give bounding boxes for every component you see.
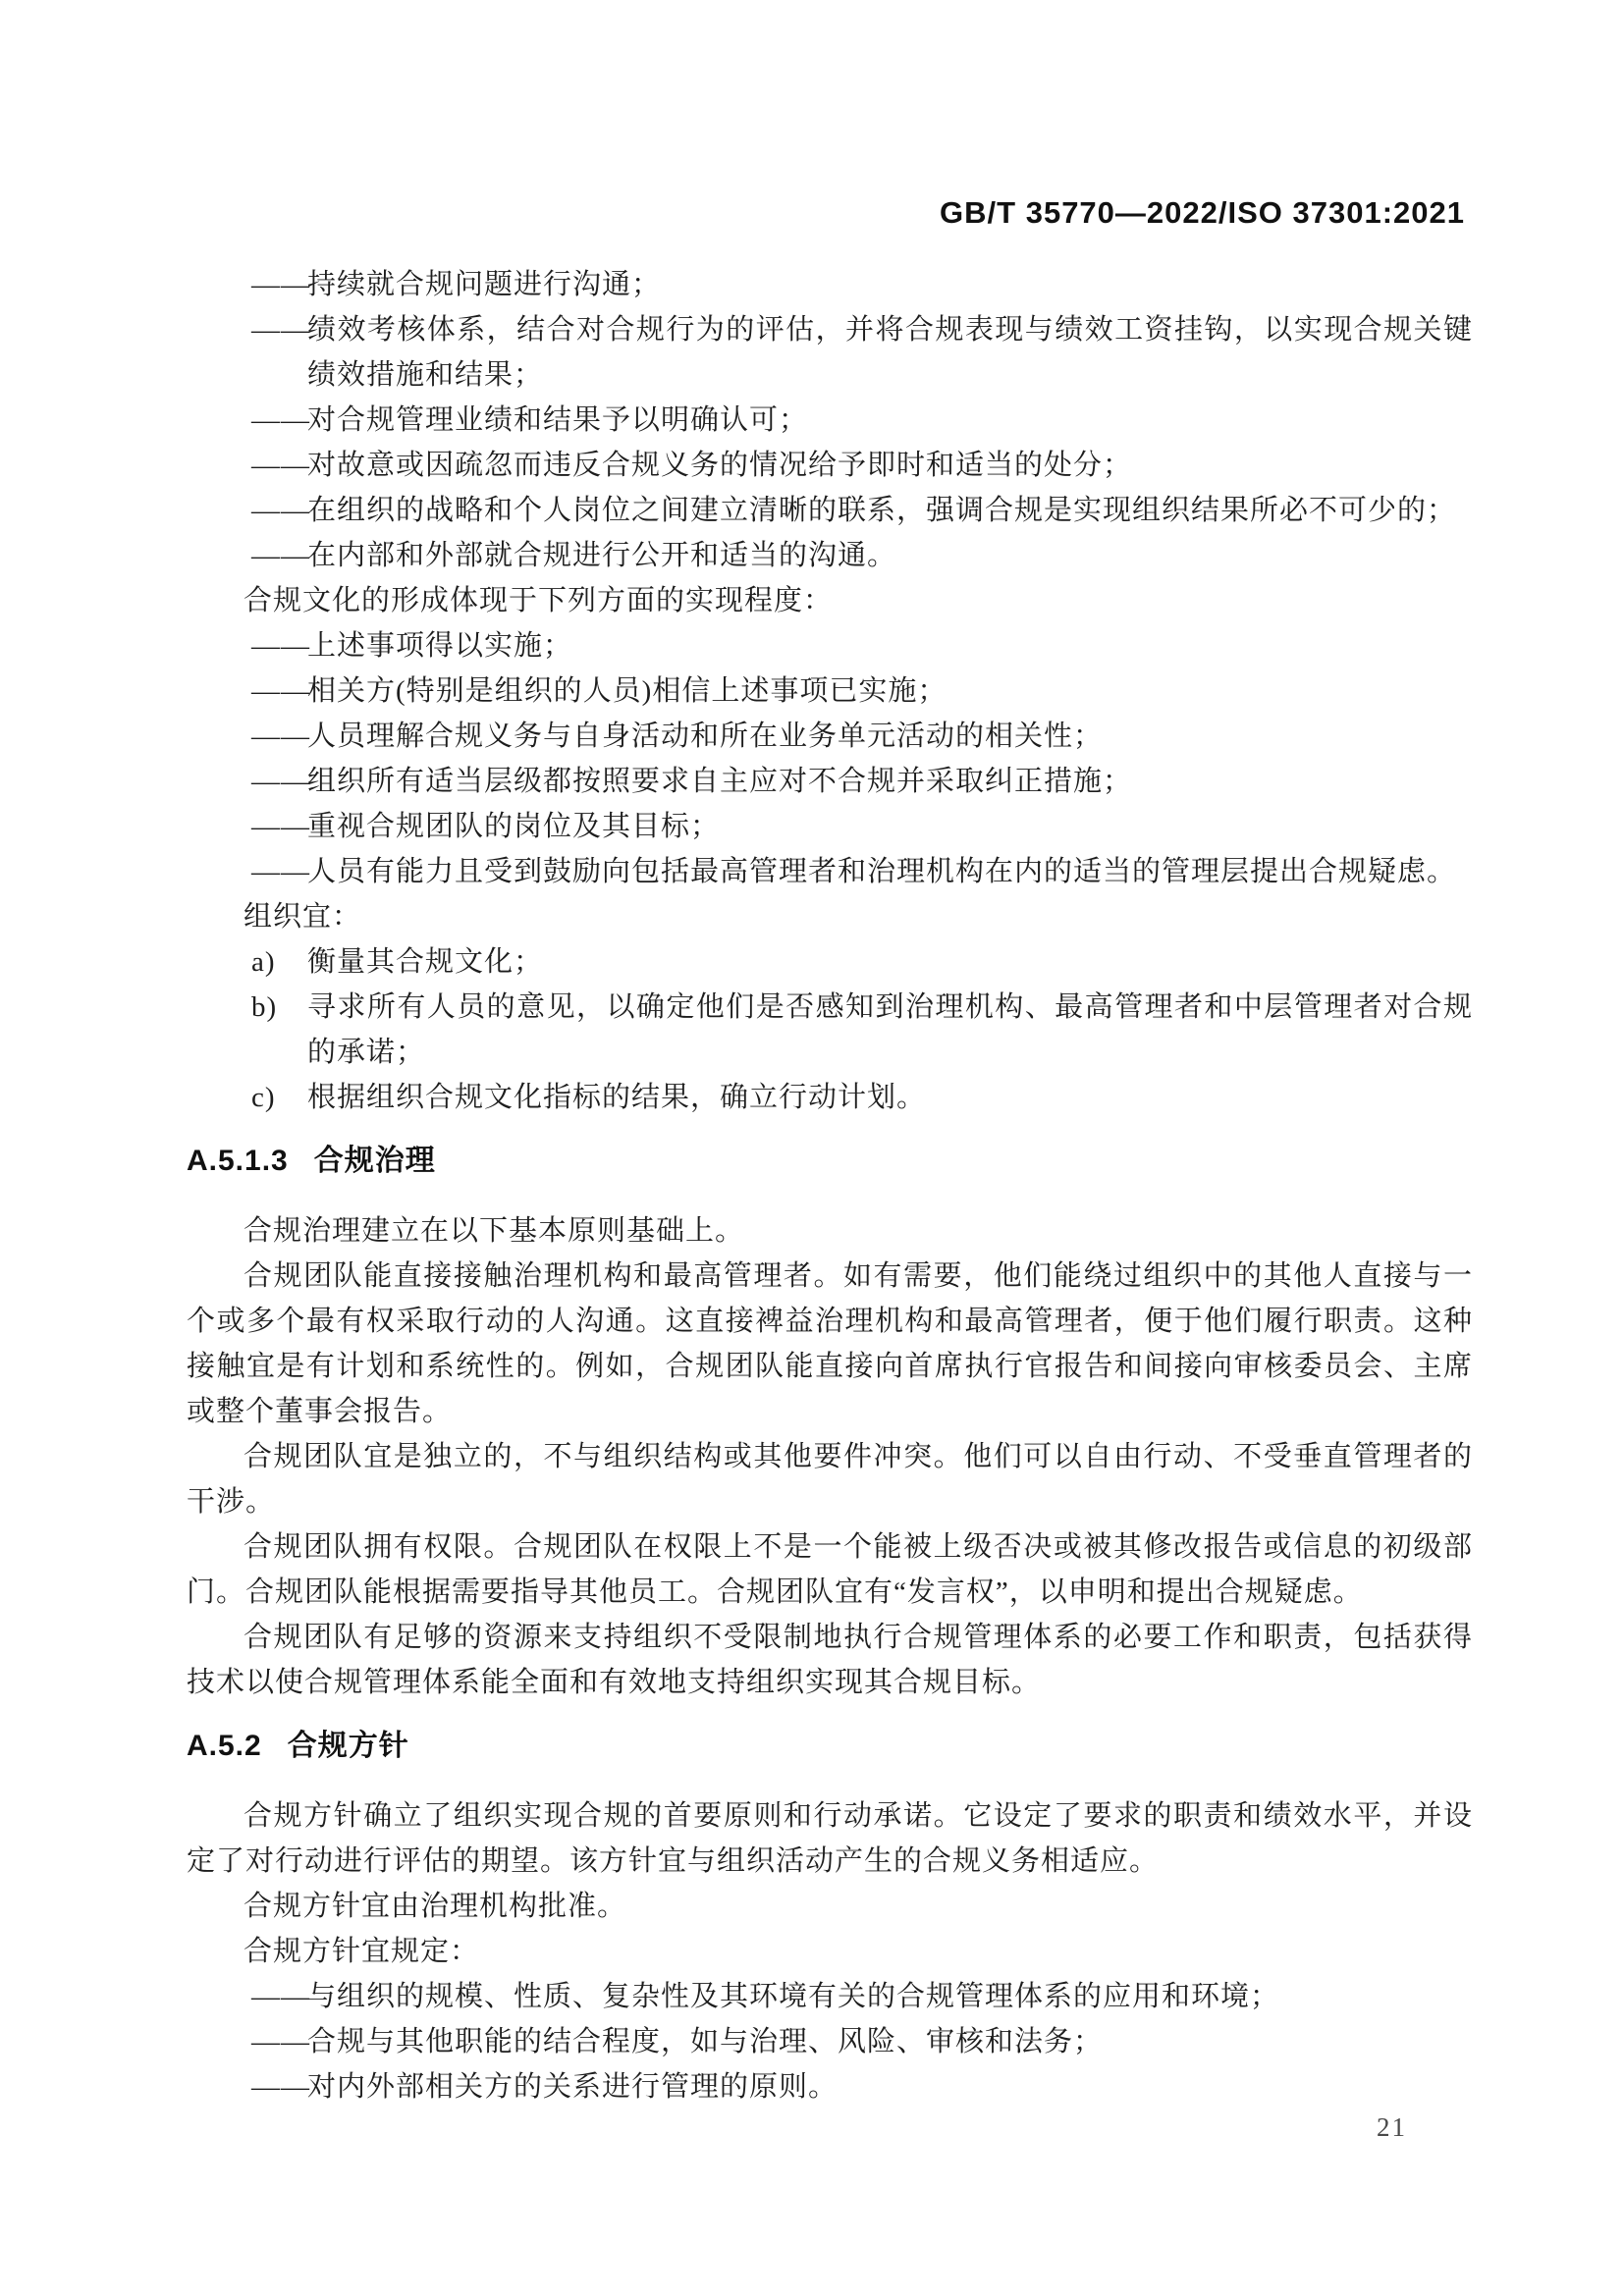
dash-list-item: ——合规与其他职能的结合程度，如与治理、风险、审核和法务； bbox=[251, 2019, 1473, 2064]
list-item-text: 衡量其合规文化； bbox=[307, 939, 1473, 985]
dash-list-item: ——相关方(特别是组织的人员)相信上述事项已实施； bbox=[251, 668, 1473, 714]
dash-marker: —— bbox=[251, 714, 307, 759]
list-item-text: 人员理解合规义务与自身活动和所在业务单元活动的相关性； bbox=[307, 714, 1473, 759]
dash-marker: —— bbox=[251, 668, 307, 714]
dash-marker: —— bbox=[251, 1974, 307, 2019]
section-number: A.5.1.3 bbox=[187, 1145, 289, 1177]
paragraph: 合规治理建立在以下基本原则基础上。 bbox=[187, 1208, 1473, 1254]
list-item-text: 寻求所有人员的意见，以确定他们是否感知到治理机构、最高管理者和中层管理者对合规的… bbox=[307, 985, 1473, 1075]
letter-list-item: b)寻求所有人员的意见，以确定他们是否感知到治理机构、最高管理者和中层管理者对合… bbox=[251, 985, 1473, 1075]
dash-marker: —— bbox=[251, 2019, 307, 2064]
dash-list-item: ——绩效考核体系，结合对合规行为的评估，并将合规表现与绩效工资挂钩，以实现合规关… bbox=[251, 307, 1473, 398]
list-item-text: 合规与其他职能的结合程度，如与治理、风险、审核和法务； bbox=[307, 2019, 1473, 2064]
document-body: ——持续就合规问题进行沟通；——绩效考核体系，结合对合规行为的评估，并将合规表现… bbox=[187, 262, 1473, 2109]
dash-marker: —— bbox=[251, 2064, 307, 2109]
dash-marker: —— bbox=[251, 398, 307, 443]
paragraph: 合规方针宜规定： bbox=[187, 1929, 1473, 1974]
standard-number-header: GB/T 35770—2022/ISO 37301:2021 bbox=[940, 190, 1465, 236]
list-item-text: 对合规管理业绩和结果予以明确认可； bbox=[307, 398, 1473, 443]
list-item-text: 人员有能力且受到鼓励向包括最高管理者和治理机构在内的适当的管理层提出合规疑虑。 bbox=[307, 849, 1473, 894]
section-number: A.5.2 bbox=[187, 1730, 262, 1762]
list-item-text: 上述事项得以实施； bbox=[307, 623, 1473, 668]
dash-marker: —— bbox=[251, 759, 307, 804]
paragraph: 合规团队有足够的资源来支持组织不受限制地执行合规管理体系的必要工作和职责，包括获… bbox=[187, 1615, 1473, 1705]
dash-marker: —— bbox=[251, 488, 307, 533]
list-item-text: 持续就合规问题进行沟通； bbox=[307, 262, 1473, 307]
letter-marker: c) bbox=[251, 1075, 307, 1120]
list-item-text: 对故意或因疏忽而违反合规义务的情况给予即时和适当的处分； bbox=[307, 443, 1473, 488]
letter-list-item: a)衡量其合规文化； bbox=[251, 939, 1473, 985]
dash-list-item: ——持续就合规问题进行沟通； bbox=[251, 262, 1473, 307]
document-page: GB/T 35770—2022/ISO 37301:2021 ——持续就合规问题… bbox=[0, 0, 1624, 2296]
dash-list-item: ——与组织的规模、性质、复杂性及其环境有关的合规管理体系的应用和环境； bbox=[251, 1974, 1473, 2019]
dash-list-item: ——对合规管理业绩和结果予以明确认可； bbox=[251, 398, 1473, 443]
list-item-text: 组织所有适当层级都按照要求自主应对不合规并采取纠正措施； bbox=[307, 759, 1473, 804]
list-item-text: 与组织的规模、性质、复杂性及其环境有关的合规管理体系的应用和环境； bbox=[307, 1974, 1473, 2019]
dash-marker: —— bbox=[251, 623, 307, 668]
letter-marker: a) bbox=[251, 939, 307, 985]
dash-list-item: ——对故意或因疏忽而违反合规义务的情况给予即时和适当的处分； bbox=[251, 443, 1473, 488]
dash-list-item: ——在组织的战略和个人岗位之间建立清晰的联系，强调合规是实现组织结果所必不可少的… bbox=[251, 488, 1473, 533]
list-item-text: 在组织的战略和个人岗位之间建立清晰的联系，强调合规是实现组织结果所必不可少的； bbox=[307, 488, 1473, 533]
dash-marker: —— bbox=[251, 849, 307, 894]
page-number: 21 bbox=[1377, 2105, 1407, 2150]
paragraph: 合规方针确立了组织实现合规的首要原则和行动承诺。它设定了要求的职责和绩效水平，并… bbox=[187, 1793, 1473, 1884]
dash-marker: —— bbox=[251, 804, 307, 849]
dash-list-item: ——上述事项得以实施； bbox=[251, 623, 1473, 668]
dash-list-item: ——对内外部相关方的关系进行管理的原则。 bbox=[251, 2064, 1473, 2109]
paragraph: 组织宜： bbox=[187, 894, 1473, 939]
list-item-text: 对内外部相关方的关系进行管理的原则。 bbox=[307, 2064, 1473, 2109]
list-item-text: 相关方(特别是组织的人员)相信上述事项已实施； bbox=[307, 668, 1473, 714]
section-heading: A.5.1.3合规治理 bbox=[187, 1139, 1473, 1184]
paragraph: 合规团队能直接接触治理机构和最高管理者。如有需要，他们能绕过组织中的其他人直接与… bbox=[187, 1254, 1473, 1434]
paragraph: 合规团队拥有权限。合规团队在权限上不是一个能被上级否决或被其修改报告或信息的初级… bbox=[187, 1524, 1473, 1615]
paragraph: 合规文化的形成体现于下列方面的实现程度： bbox=[187, 578, 1473, 623]
dash-marker: —— bbox=[251, 443, 307, 488]
list-item-text: 绩效考核体系，结合对合规行为的评估，并将合规表现与绩效工资挂钩，以实现合规关键绩… bbox=[307, 307, 1473, 398]
dash-list-item: ——人员有能力且受到鼓励向包括最高管理者和治理机构在内的适当的管理层提出合规疑虑… bbox=[251, 849, 1473, 894]
section-title: 合规治理 bbox=[314, 1145, 436, 1177]
section-title: 合规方针 bbox=[288, 1730, 409, 1762]
list-item-text: 根据组织合规文化指标的结果，确立行动计划。 bbox=[307, 1075, 1473, 1120]
dash-list-item: ——组织所有适当层级都按照要求自主应对不合规并采取纠正措施； bbox=[251, 759, 1473, 804]
dash-marker: —— bbox=[251, 533, 307, 578]
letter-list-item: c)根据组织合规文化指标的结果，确立行动计划。 bbox=[251, 1075, 1473, 1120]
dash-list-item: ——人员理解合规义务与自身活动和所在业务单元活动的相关性； bbox=[251, 714, 1473, 759]
dash-marker: —— bbox=[251, 262, 307, 307]
list-item-text: 在内部和外部就合规进行公开和适当的沟通。 bbox=[307, 533, 1473, 578]
letter-marker: b) bbox=[251, 985, 307, 1075]
paragraph: 合规团队宜是独立的，不与组织结构或其他要件冲突。他们可以自由行动、不受垂直管理者… bbox=[187, 1434, 1473, 1524]
list-item-text: 重视合规团队的岗位及其目标； bbox=[307, 804, 1473, 849]
dash-list-item: ——在内部和外部就合规进行公开和适当的沟通。 bbox=[251, 533, 1473, 578]
dash-list-item: ——重视合规团队的岗位及其目标； bbox=[251, 804, 1473, 849]
section-heading: A.5.2合规方针 bbox=[187, 1724, 1473, 1769]
dash-marker: —— bbox=[251, 307, 307, 398]
paragraph: 合规方针宜由治理机构批准。 bbox=[187, 1884, 1473, 1929]
